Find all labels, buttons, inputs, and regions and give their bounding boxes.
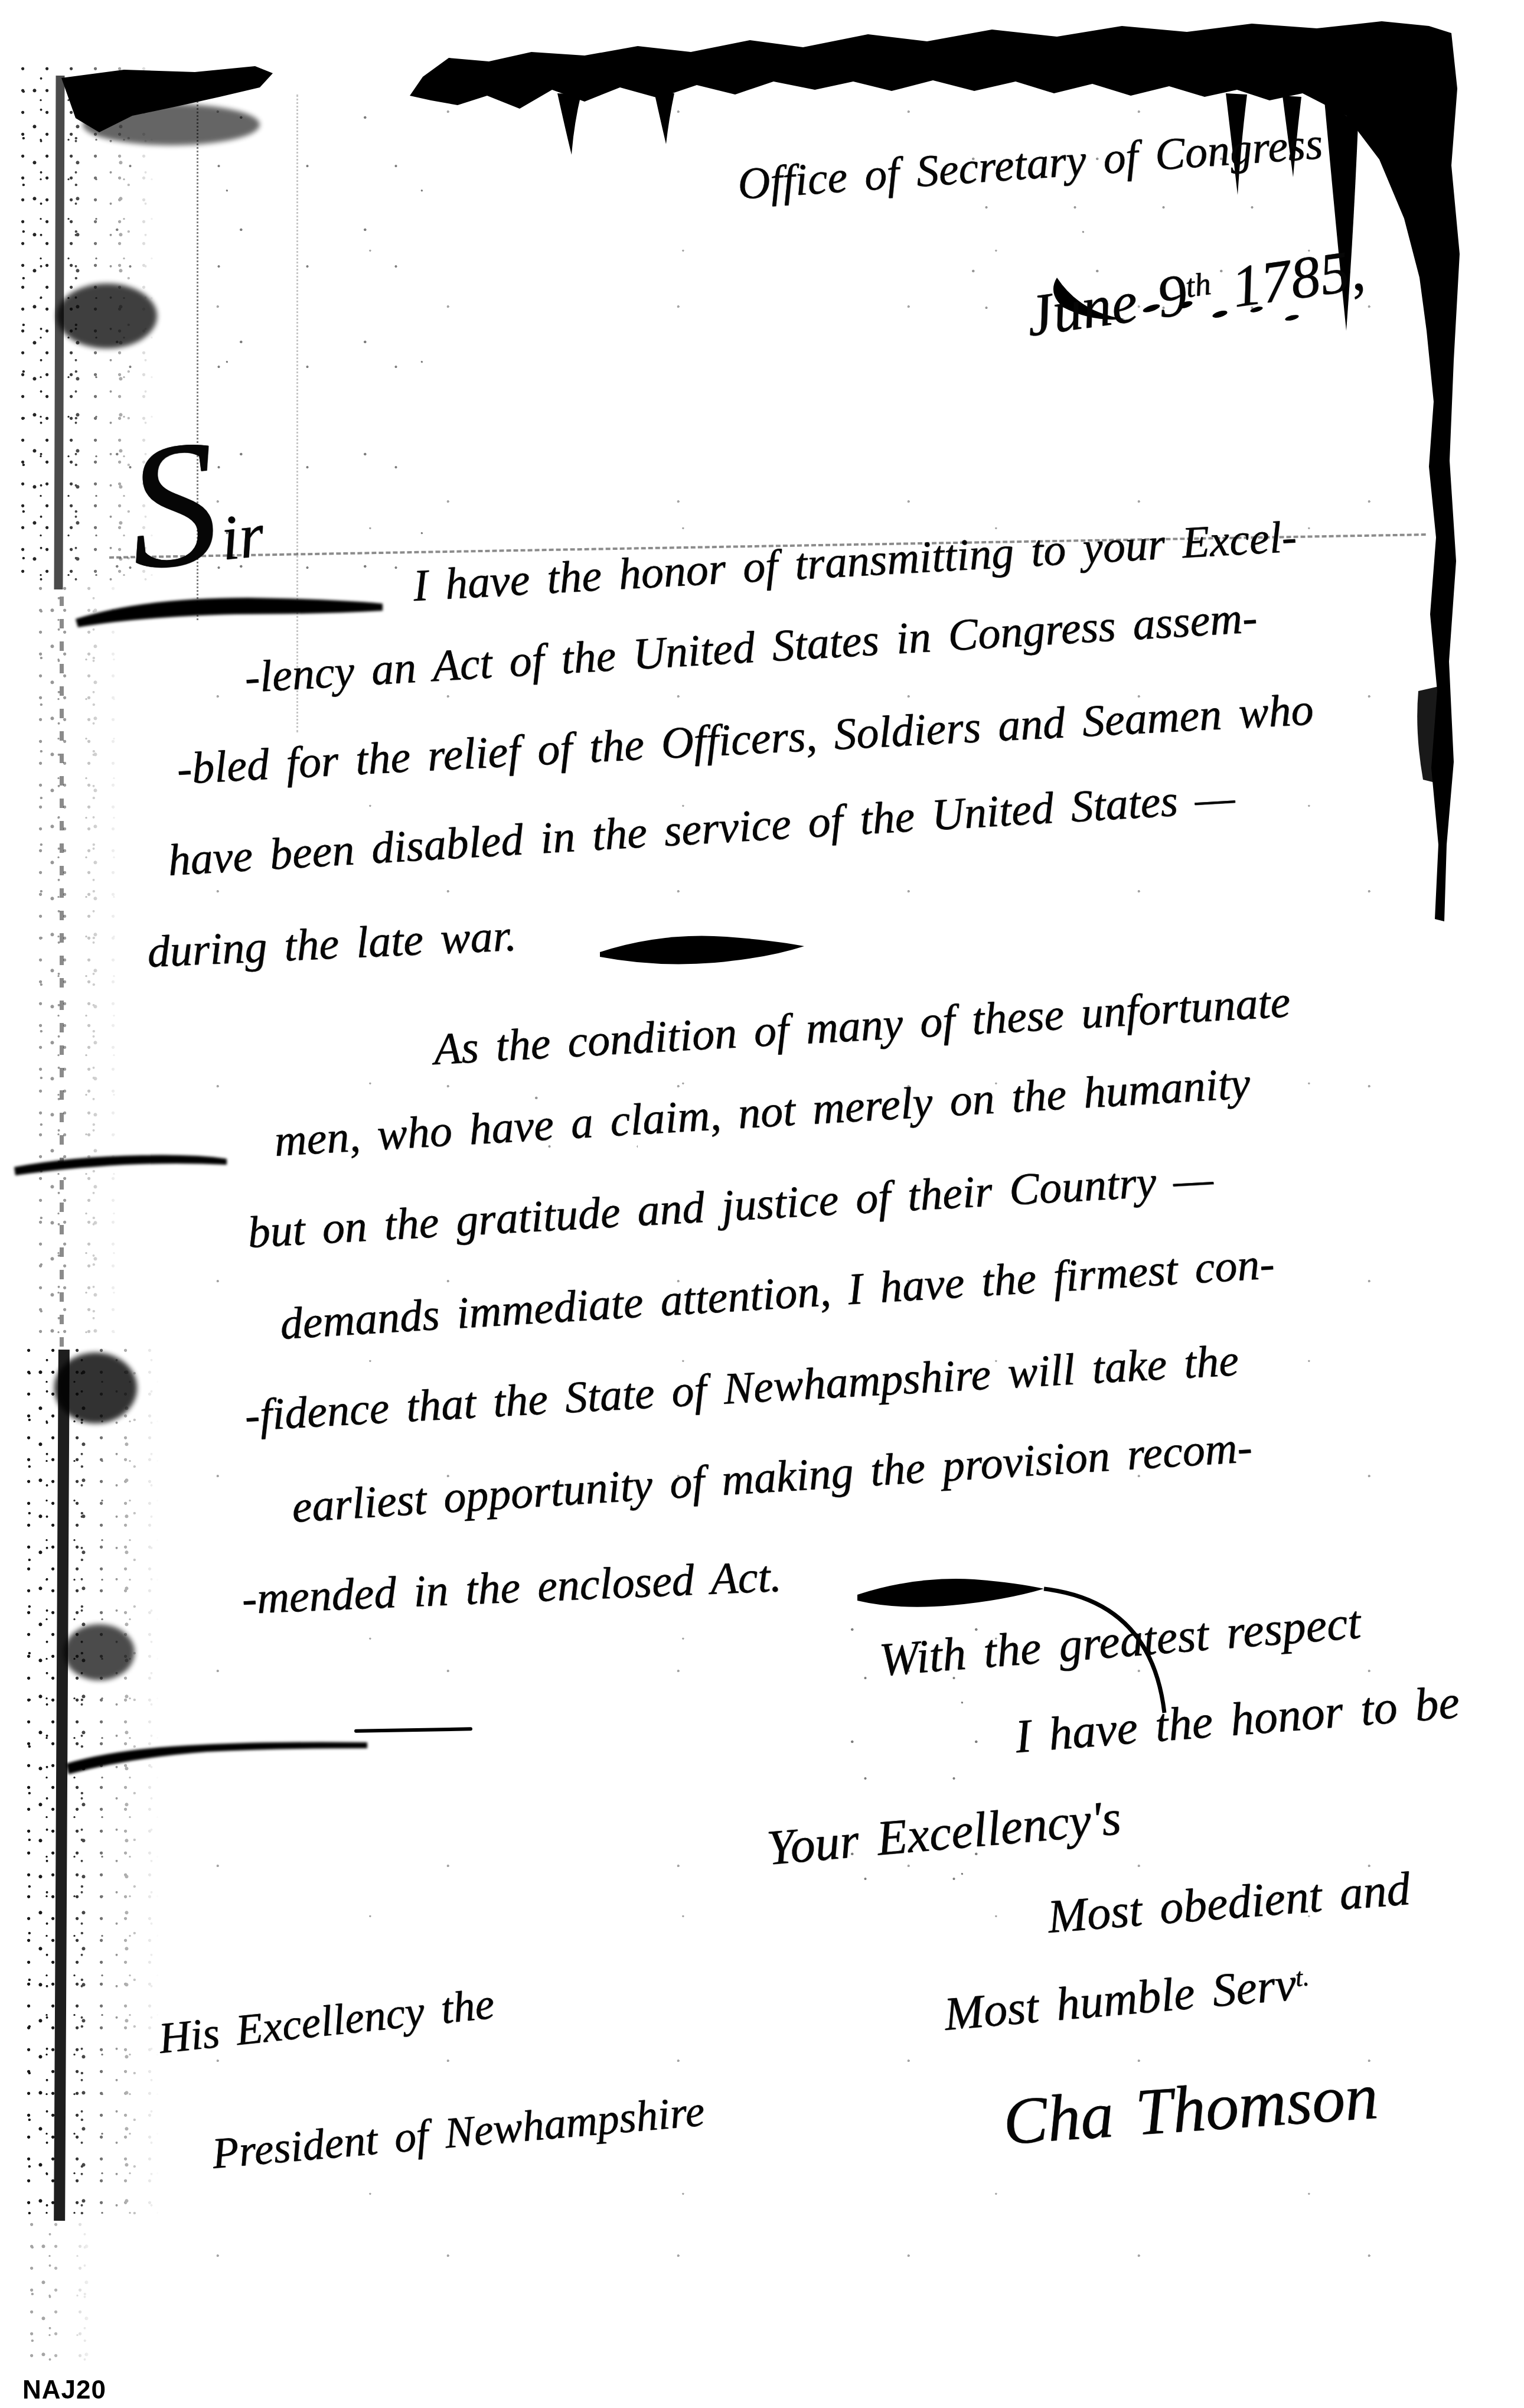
edge-blot — [83, 104, 260, 145]
humble-superscript: t. — [1294, 1962, 1310, 1992]
crease-streak — [66, 1742, 367, 1775]
ink-smudge — [76, 598, 383, 627]
right-edge-blot — [1417, 685, 1447, 786]
vertical-scratch — [296, 95, 298, 732]
archive-reference-label: NAJ20 — [22, 2376, 106, 2405]
edge-blot — [54, 1353, 137, 1423]
edge-blot — [64, 1624, 135, 1680]
crease-dash — [354, 1727, 472, 1732]
salutation: Sir — [121, 425, 267, 581]
left-edge-bar — [54, 76, 64, 589]
pen-dash-war — [600, 936, 804, 964]
scanned-letter-page: Office of Secretary of Congress June 9th… — [0, 0, 1524, 2408]
left-edge-bar — [60, 597, 64, 1347]
pen-dash-act — [857, 1579, 1044, 1607]
ink-drip — [654, 92, 674, 144]
ink-drip — [557, 93, 581, 155]
heading-flourish-dot — [1284, 314, 1299, 322]
edge-blot — [57, 284, 157, 348]
crease-streak — [14, 1155, 227, 1175]
